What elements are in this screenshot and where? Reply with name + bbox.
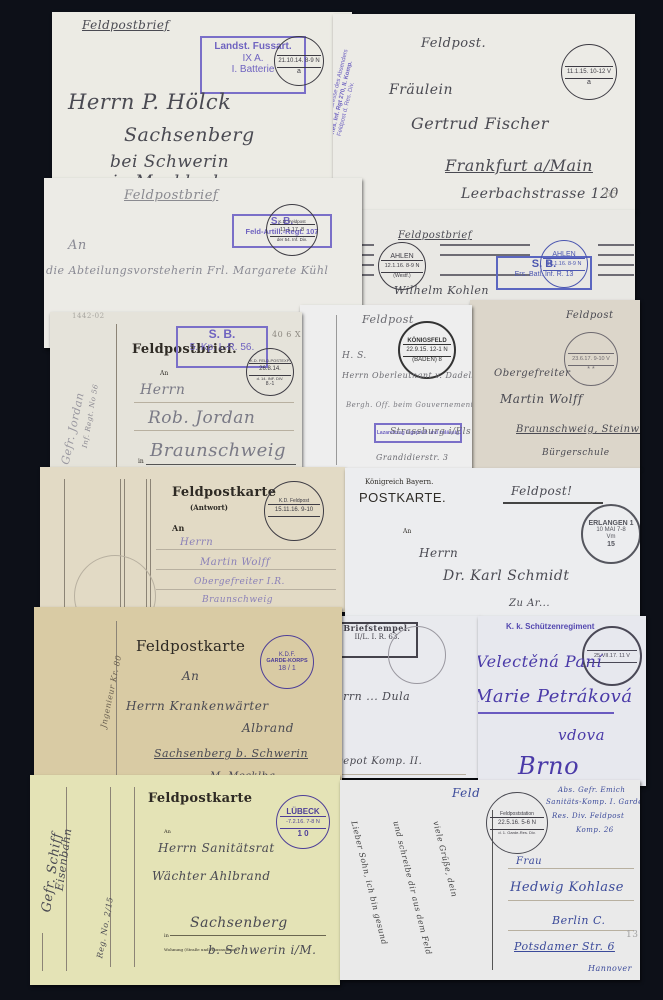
address-line-2: Dr. Karl Schmidt [443,568,570,584]
sender-note-4: Komp. 26 [576,826,614,834]
address-line-1: Fräulein [389,82,453,98]
address-line-1: Velectěná Paní [478,652,602,671]
divider [134,787,135,967]
postmark-bottom: 18 / 1 [278,665,296,672]
address-prefix: An [164,829,171,835]
address-line-3: Zu Ar... [509,598,550,609]
unit-cachet: K. k. Schützenregiment [506,622,594,631]
postmark: K.D.F. GARDE-KORPS 18 / 1 [260,635,314,689]
postmark-bottom: (BADEN) 8 [412,357,442,363]
postmark-date: 22.5.16. 5-6 N [490,817,544,830]
pencil-note-right: 40 6 X [272,330,301,339]
address-line-3: Frankfurt a/Main [445,156,593,175]
header-feldpost: Feldpost [566,310,613,321]
machine-cancel-line [440,244,530,246]
postmark-date: 11.1.17. 8 [270,224,315,237]
address-rule [146,464,296,465]
address-rule [170,935,326,936]
postmark-bottom: 8.-1 [266,381,275,387]
address-line-2: Gertrud Fischer [411,114,549,133]
divider [116,324,117,470]
header-feldpost: Feldpost. [421,36,486,51]
feld-note: Feld [452,786,480,800]
address-line-2: Hedwig Kohlase [510,880,624,895]
address-line-1: Herrn Sanitätsrat [158,841,275,855]
machine-cancel-line [598,274,634,276]
postmark-date: 15.11.16. 9-10 [268,504,320,517]
address-line-3: Obergefreiter I.R. [194,577,285,587]
divider [64,479,65,609]
address-line-1: Wilhelm Kohlen [394,284,489,297]
address-rule [508,900,634,901]
address-line-4: Braunschweig [202,595,273,605]
postmark-bottom: a [297,68,301,75]
postmark: LÜBECK -7.2.16. 7-8 N 1 0 [276,795,330,849]
address-line: die Abteilungsvorsteherin Frl. Margarete… [46,264,328,277]
address-line-2: Sachsenberg [124,124,255,146]
address-rule [508,868,634,869]
postmark-date: 12.1.16. 8-9 N [381,260,422,273]
envelope-hoelck: Feldpostbrief Landst. Fussart. IX A. I. … [52,12,352,182]
address-line-4: Brno [518,752,579,780]
card-antwort: Feldpostkarte (Antwort) K.D. Feldpost 15… [40,467,345,612]
address-prefix: An [403,528,411,535]
address-line-2: Herrn Oberleutnant v. Dadelsen [342,371,472,380]
address-line-4: Bürgerschule [542,448,610,458]
address-line-5: Grandidierstr. 3 [376,453,449,462]
address-prefix: An [160,370,168,377]
header-feldpostbrief: Feldpostbrief [82,18,169,32]
message-text: Lieber Sohn, ich bin gesund [349,820,389,946]
address-line-1: Herrn [419,546,458,560]
postmark-middle: GARDE-KORPS [266,658,308,665]
card-jordan: 1442-02 Gefr. Jordan Inf. Regt. No 56 Fe… [50,312,302,470]
address-line-4: Potsdamer Str. 6 [514,940,615,953]
subheader-antwort: (Antwort) [190,503,228,512]
card-petrakova: K. k. Schützenregiment 25.VII.17. 11 V V… [478,616,646,786]
address-line-3: Braunschweig [150,440,286,461]
divider [116,621,117,781]
postmark-date: 23.6.17. 9-10 V [568,353,615,366]
postmark: 11.1.15. 10-12 V a [561,44,617,100]
publisher: Königreich Bayern. [365,478,433,486]
address-line-3: Sachsenberg [190,915,288,931]
address-line-1: H. S. [342,351,367,361]
machine-cancel-line [598,264,634,266]
envelope-fischer: Feldpost. 11.1.15. 10-12 V a Feldpostadr… [333,14,635,212]
envelope-ahlen: Feldpostbrief AHLEN 12.1.16. 8-9 N (West… [350,210,635,310]
postmark-town: AHLEN [390,253,413,260]
header-feldpostkarte: Feldpostkarte [172,485,276,500]
faint-postmark [388,626,446,684]
machine-cancel-line [360,274,374,276]
card-kohlase: Feld Feldpoststation 22.5.16. 5-6 N d. 1… [340,780,640,980]
machine-cancel-line [598,244,634,246]
header-feldpost: Feldpost [362,313,414,326]
header-postkarte: POSTKARTE. [359,490,446,505]
address-line-1: Obergefreiter [494,368,570,379]
machine-cancel-line [360,254,374,256]
postmark-right: AHLEN 12.1.16. 8-9 N [540,240,588,288]
machine-cancel-line [360,264,374,266]
address-line-2: Martin Wolff [200,557,270,568]
postmark-date: 26.8.14. [249,363,290,376]
side-cachet: Feldpostadresse des Absenders Res. Inf. … [333,25,370,137]
card-erlangen: Königreich Bayern. POSTKARTE. Feldpost! … [345,468,640,616]
wavy-underline [478,712,614,714]
postmark-date: 12.1.16. 8-9 N [543,258,584,271]
divider [42,933,43,971]
postmark-town: LÜBECK [286,807,319,816]
postmark-date: 21.10.14. 8-9 N [277,55,320,68]
header-feldpostbrief: Feldpostbrief [398,230,472,241]
address-rule [134,430,294,431]
address-line-4: b. Schwerin i/M. [208,943,316,957]
address-city-prefix: in [138,458,144,465]
sender-note-1: Abs. Gefr. Emich [558,786,625,794]
address-line-1: Herrn [180,537,213,548]
postmark-town: AHLEN [552,251,575,258]
cachet-line-2: 5. Kp. I.-R. 56. [178,342,266,354]
address-line-4: Strassburg i/Els [390,427,471,437]
postmark-bottom: (Westf.) [393,273,410,279]
card-luebeck: Gefr. Schiff Eisenbahn Reg. No. 2/15 Fel… [30,775,340,985]
address-line-2: ... Depot Komp. II. [340,756,422,767]
card-gardekorps: Jngenieur Kr. 80 Feldpostkarte K.D.F. GA… [34,607,342,782]
postmark-date: 11.1.15. 10-12 V [565,66,614,79]
address-rule [134,402,294,403]
address-line-1: Herrn Krankenwärter [126,699,269,713]
postmark-left: AHLEN 12.1.16. 8-9 N (Westf.) [378,242,426,290]
address-prefix: An [182,669,199,683]
address-line-2: Rob. Jordan [148,408,255,428]
address-line-3: Bergh. Off. beim Gouvernement [346,401,472,409]
address-rule [156,589,336,590]
address-rule [508,930,634,931]
postmark-town: ERLANGEN 1 [588,520,633,527]
card-koenigsfeld: Feldpost KÖNIGSFELD 22.9.15. 12-1 N (BAD… [300,305,472,471]
address-line-1: Herrn [140,382,185,398]
address-line-1: Herrn ... Dula [340,690,410,703]
address-rule [340,774,466,775]
header-feldpostkarte: Feldpostkarte [148,791,252,806]
pencil-note-top: 1442-02 [72,312,105,320]
sender-note-2: Sanitäts-Komp. I. Garde [546,798,640,806]
card-briefstempel: Briefstempel. II/L. I. R. 63. Herrn ... … [340,616,480,778]
address-line-2: Martin Wolff [500,392,583,406]
sender-line-1: Gefr. Jordan [59,391,87,465]
postmark-bottom: 15 [607,541,615,548]
postmark: K.D. Feldpost 15.11.16. 9-10 [264,481,324,541]
postmark: K.D. FELD-POSTEXP. 26.8.14. d. 14. INF. … [246,348,294,396]
divider [110,787,111,967]
address-line-5: Hannover [588,964,632,973]
postmark: ERLANGEN 1 10 MAI 7-8 Vm 15 [581,504,640,564]
machine-cancel-line [360,244,374,246]
header-feldpostkarte: Feldpostkarte [136,637,245,655]
address-line-2: Wächter Ahlbrand [152,869,271,883]
divider [336,315,337,465]
pencil-note: 65 [605,190,617,200]
address-city-prefix: in [164,933,169,939]
address-line-3: Sachsenberg b. Schwerin [154,747,308,760]
postmark-bottom: d. 1. Garde-Res. Div. [498,830,535,835]
postmark-date: 10 MAI 7-8 Vm [594,527,628,541]
address-line-2: Albrand [242,721,294,735]
sender-note-3: Res. Div. Feldpost [552,812,624,820]
postmark-bottom: a [587,79,591,86]
sender-line-3: Reg. No. 2/15 [95,896,115,959]
postmark-bottom: 1 0 [297,829,308,838]
machine-cancel-line [598,254,634,256]
postmark-date: -7.2.16. 7-8 N [280,816,327,829]
address-line-3: Braunschweig, Steinweg 6 [516,424,640,435]
address-line-1: Herrn P. Hölck [68,90,231,114]
feldpost-underline [503,502,603,504]
postmark-date: 22.9.15. 12-1 N [403,344,452,357]
message-text: viele Grüße, dein [431,820,459,898]
address-line-4: Leerbachstrasse 120 [461,186,619,202]
address-prefix: An [68,238,87,253]
address-rule [156,569,336,570]
address-line-2: Marie Petráková [478,686,633,707]
envelope-wolff: Feldpost 23.6.17. 9-10 V * * Obergefreit… [470,300,640,468]
address-line-3: vdova [558,726,605,744]
cachet-line-1: S. B. [178,328,266,342]
address-line-3: Berlin C. [552,914,606,927]
sender-side-writing: Jngenieur Kr. 80 [99,654,123,729]
postmark: 21.10.14. 8-9 N a [274,36,324,86]
postmark: K.D. Feldpost 11.1.17. 8 der 54. Inf. Di… [266,204,318,256]
address-rule [156,549,336,550]
faint-postmark [74,555,156,612]
feldpost-note: Feldpost! [511,484,573,498]
header-feldpostbrief: Feldpostbrief [124,188,218,203]
address-prefix: An [172,523,185,533]
pencil-note: 13 [626,930,638,940]
address-line-3: bei Schwerin [110,152,229,172]
postmark: 23.6.17. 9-10 V * * [564,332,618,386]
postmark: Feldpoststation 22.5.16. 5-6 N d. 1. Gar… [486,792,548,854]
message-text: und schreibe dir aus dem Feld [391,820,433,956]
postmark-bottom: der 54. Inf. Div. [277,237,307,242]
address-line-1: Frau [516,856,542,867]
